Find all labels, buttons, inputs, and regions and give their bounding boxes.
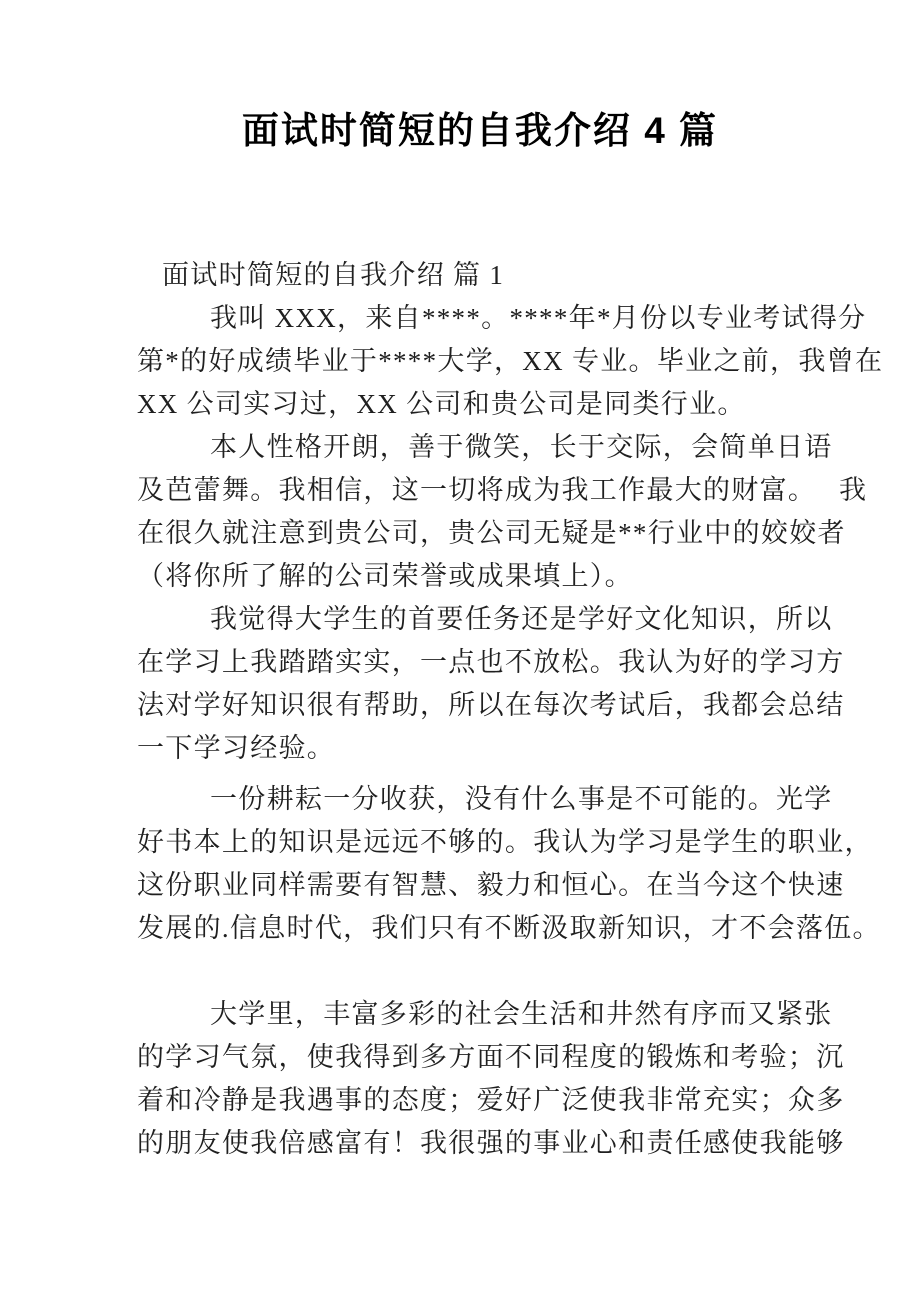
paragraph-line: XX 公司实习过，XX 公司和贵公司是同类行业。 [137,383,807,426]
paragraph-line: 我觉得大学生的首要任务还是学好文化知识，所以 [137,598,807,641]
paragraph-line: 的学习气氛，使我得到多方面不同程度的锻炼和考验；沉 [137,1036,807,1079]
paragraph: 本人性格开朗，善于微笑，长于交际，会简单日语 及芭蕾舞。我相信，这一切将成为我工… [137,426,807,598]
paragraph-line: 好书本上的知识是远远不够的。我认为学习是学生的职业， [137,821,807,864]
paragraph-line: 我叫 XXX，来自****。****年*月份以专业考试得分 [137,297,807,340]
paragraph-line: 的朋友使我倍感富有！我很强的事业心和责任感使我能够 [137,1122,807,1165]
paragraph: 我觉得大学生的首要任务还是学好文化知识，所以 在学习上我踏踏实实，一点也不放松。… [137,598,807,770]
document-body: 面试时简短的自我介绍 篇 1 我叫 XXX，来自****。****年*月份以专业… [137,254,807,1165]
paragraph-line: 着和冷静是我遇事的态度；爱好广泛使我非常充实；众多 [137,1079,807,1122]
paragraph-line: 大学里，丰富多彩的社会生活和井然有序而又紧张 [137,993,807,1036]
paragraph-line: （将你所了解的公司荣誉或成果填上）。 [137,555,807,598]
paragraph: 大学里，丰富多彩的社会生活和井然有序而又紧张 的学习气氛，使我得到多方面不同程度… [137,993,807,1165]
paragraph: 一份耕耘一分收获，没有什么事是不可能的。光学 好书本上的知识是远远不够的。我认为… [137,778,807,950]
document-title: 面试时简短的自我介绍 4 篇 [0,108,920,154]
paragraph-line: 本人性格开朗，善于微笑，长于交际，会简单日语 [137,426,807,469]
paragraph-line: 在学习上我踏踏实实，一点也不放松。我认为好的学习方 [137,641,807,684]
paragraph-line: 一份耕耘一分收获，没有什么事是不可能的。光学 [137,778,807,821]
paragraph: 我叫 XXX，来自****。****年*月份以专业考试得分 第*的好成绩毕业于*… [137,297,807,426]
blank-line [137,950,807,993]
document-page: 面试时简短的自我介绍 4 篇 面试时简短的自我介绍 篇 1 我叫 XXX，来自*… [0,0,920,1301]
paragraph-line: 在很久就注意到贵公司，贵公司无疑是**行业中的姣姣者 [137,512,807,555]
paragraph-line: 及芭蕾舞。我相信，这一切将成为我工作最大的财富。 我 [137,469,807,512]
paragraph-line: 这份职业同样需要有智慧、毅力和恒心。在当今这个快速 [137,864,807,907]
paragraph-line: 一下学习经验。 [137,727,807,770]
section-heading: 面试时简短的自我介绍 篇 1 [137,254,807,297]
paragraph-line: 第*的好成绩毕业于****大学，XX 专业。毕业之前，我曾在 [137,340,807,383]
paragraph-line: 法对学好知识很有帮助，所以在每次考试后，我都会总结 [137,684,807,727]
paragraph-line: 发展的.信息时代，我们只有不断汲取新知识，才不会落伍。 [137,907,807,950]
